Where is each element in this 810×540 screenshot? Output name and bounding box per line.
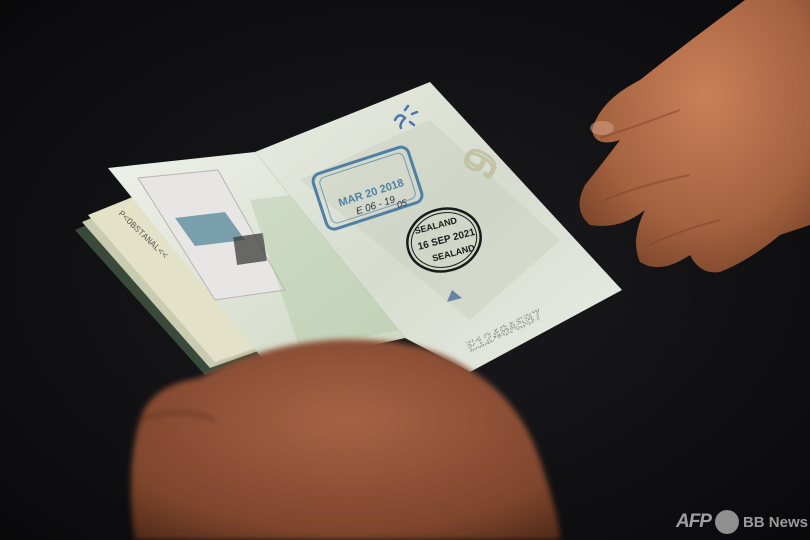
bb-news-text: BB News [743, 514, 808, 531]
bb-circle-logo-icon [715, 510, 739, 534]
afp-logo-text: AFP [676, 511, 711, 533]
afpbb-watermark: AFP BB News [676, 510, 808, 534]
photo-scene: P<OBSTANAL<< 9 MAR 20 2018 E 06 - 19 05 [0, 0, 810, 540]
